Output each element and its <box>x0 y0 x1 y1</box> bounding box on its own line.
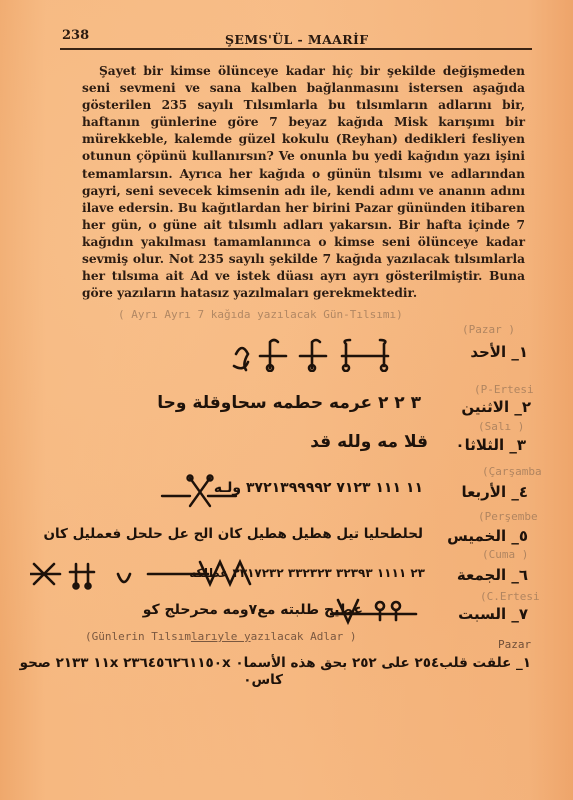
paragraph-text: Şayet bir kimse ölünceye kadar hiç bir ş… <box>82 63 525 302</box>
body-paragraph: Şayet bir kimse ölünceye kadar hiç bir ş… <box>82 63 525 302</box>
day1-label: ١_ الأحد <box>470 343 528 361</box>
day7-label: ٧_ السبت <box>458 605 528 623</box>
day4-cross-seal-icon <box>160 474 240 510</box>
day5-turkish: (Perşembe <box>478 510 538 523</box>
talisman-caption: ( Ayrı Ayrı 7 kağıda yazılacak Gün-Tılsı… <box>118 308 403 321</box>
names-caption: (Günlerin Tılsımlarıyle yazılacak Adlar … <box>85 630 357 643</box>
day4-seal: ١١ ١١١ ٧١٢٣ ٣٧٢١٣٩٩٩٩٢ ولـه <box>214 480 423 496</box>
page-number: 238 <box>62 28 89 43</box>
day7-turkish: (C.Ertesi <box>480 590 540 603</box>
day7-seal-glyphs-icon <box>330 596 420 628</box>
day3-turkish: (Salı ) <box>478 420 524 433</box>
day2-seal: ٣ ٢ ٢ عرمه حطمه سحاوقلة وحا <box>157 393 421 413</box>
book-page: 238 ŞEMS'ÜL - MAARİF Şayet bir kimse ölü… <box>0 0 573 800</box>
day6-label: ٦_ الجمعة <box>457 566 528 584</box>
day2-label: ٢_ الاثنين <box>461 398 531 416</box>
day4-turkish: (Çarşamba <box>482 465 542 478</box>
day5-seal: لحلطحليا تيل هطيل هطيل كان الح عل حلحل ف… <box>43 526 423 542</box>
day1-turkish: (Pazar ) <box>462 323 515 336</box>
prayer-line-1: ١_ علقت قلب٢٥٤ على ٢٥٢ بحق هذه الأسما٠ ٢… <box>20 655 531 671</box>
header-rule <box>60 48 532 50</box>
page-header: 238 ŞEMS'ÜL - MAARİF <box>60 26 475 48</box>
names-day-tag: Pazar <box>498 638 531 651</box>
day5-label: ٥_ الخميس <box>447 527 528 545</box>
day2-turkish: (P-Ertesi <box>474 383 534 396</box>
running-title: ŞEMS'ÜL - MAARİF <box>225 32 369 47</box>
prayer-line-2: كاس٠ <box>243 672 283 688</box>
day4-label: ٤_ الأربعا <box>461 483 528 501</box>
day3-seal: قلا مه ولله قد <box>310 432 428 452</box>
day6-seal-glyphs-icon <box>30 558 260 592</box>
day1-seal-icon <box>230 336 420 372</box>
day6-turkish: (Cuma ) <box>482 548 528 561</box>
day3-label: ٣_ الثلاثا٠ <box>455 436 526 454</box>
